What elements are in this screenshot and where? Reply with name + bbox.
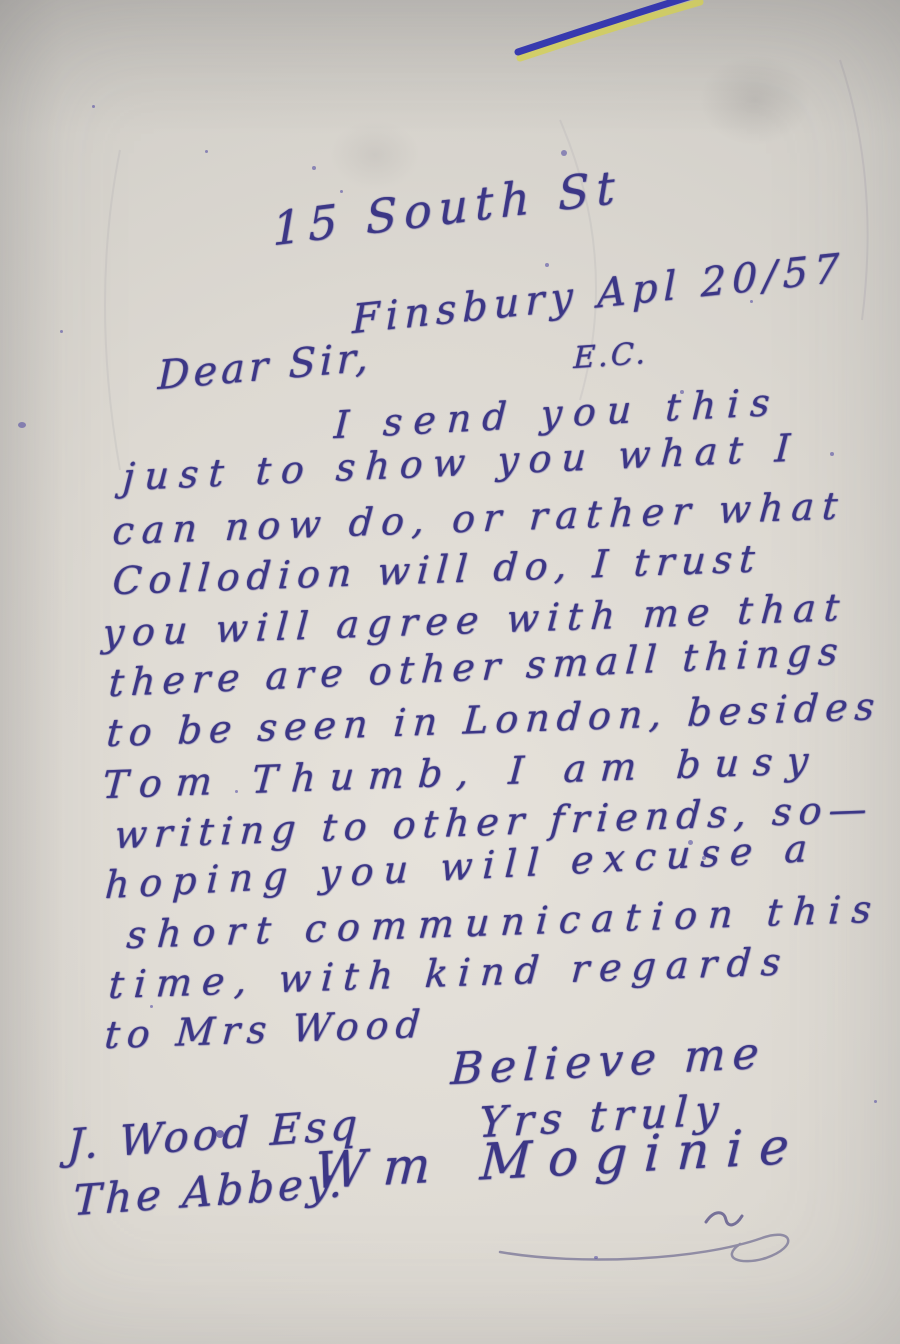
salutation: Dear Sir, bbox=[157, 337, 372, 396]
closing-line-1: Believe me bbox=[450, 1032, 767, 1093]
ink-speck bbox=[830, 452, 834, 456]
ink-speck bbox=[60, 330, 63, 333]
ink-speck bbox=[874, 1100, 877, 1103]
ink-speck bbox=[594, 1256, 598, 1259]
ink-speck bbox=[545, 263, 549, 267]
ink-speck bbox=[205, 150, 208, 153]
signature-flourish bbox=[706, 1213, 742, 1225]
signature-flourish bbox=[500, 1235, 788, 1261]
smudge bbox=[330, 120, 420, 190]
body-line: to Mrs Wood bbox=[103, 1005, 428, 1054]
ink-speck bbox=[312, 166, 316, 170]
address-line: 15 South St bbox=[272, 163, 622, 252]
date-line: Finsbury Apl 20/57 bbox=[352, 248, 845, 340]
district-line: E.C. bbox=[573, 339, 649, 374]
emulsion-crack bbox=[105, 150, 120, 470]
signature: Wm Moginie bbox=[313, 1120, 807, 1196]
recipient-address: The Abbey. bbox=[73, 1161, 348, 1222]
streak-fringe bbox=[520, 2, 700, 58]
ink-speck bbox=[561, 150, 567, 156]
letter-photograph: 15 South St Finsbury Apl 20/57 E.C. Dear… bbox=[0, 0, 900, 1344]
smudge bbox=[700, 55, 810, 145]
ink-speck bbox=[18, 422, 26, 428]
ink-streak bbox=[518, 0, 698, 52]
ink-speck bbox=[92, 105, 95, 108]
